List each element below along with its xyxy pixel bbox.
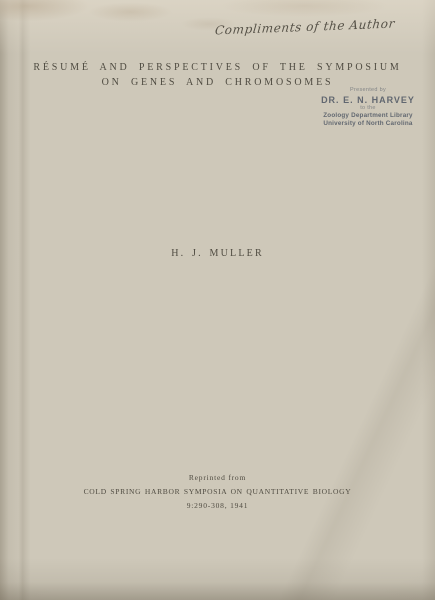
compliments-note: Compliments of the Author: [214, 17, 395, 38]
citation-reprinted-from: Reprinted from: [0, 471, 435, 485]
stamp-to-the: to the: [303, 106, 433, 112]
stamp-presented-by: Presented by: [303, 88, 433, 94]
stamp-university-name: University of North Carolina: [303, 121, 433, 127]
stamp-library-name: Zoology Department Library: [303, 113, 433, 119]
page-title: RÉSUMÉ AND PERSPECTIVES OF THE SYMPOSIUM…: [0, 60, 435, 90]
citation-journal: COLD SPRING HARBOR SYMPOSIA ON QUANTITAT…: [0, 485, 435, 499]
stamp-donor-name: DR. E. N. HARVEY: [303, 96, 433, 105]
author-name: H. J. MULLER: [0, 248, 435, 259]
library-stamp: Presented by DR. E. N. HARVEY to the Zoo…: [303, 87, 433, 130]
reprint-cover: Compliments of the Author RÉSUMÉ AND PER…: [0, 0, 435, 600]
reprint-citation: Reprinted from COLD SPRING HARBOR SYMPOS…: [0, 471, 435, 513]
citation-volume-pages-year: 9:290-308, 1941: [0, 499, 435, 513]
title-line-1: RÉSUMÉ AND PERSPECTIVES OF THE SYMPOSIUM: [0, 60, 435, 75]
